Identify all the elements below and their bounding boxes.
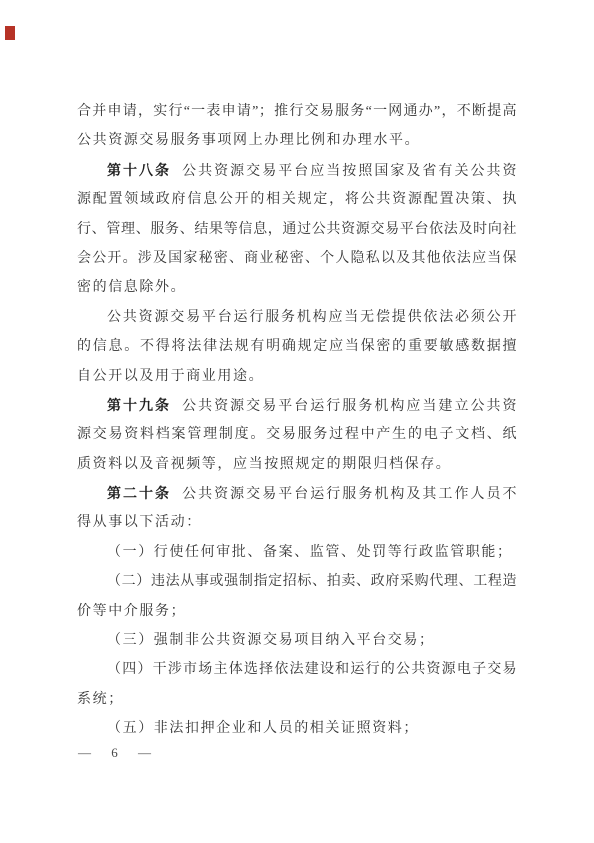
text-line-item-2: （二）违法从事或强制指定招标、拍卖、政府采购代理、工程造 (77, 567, 517, 596)
page-number: — 6 — (78, 745, 155, 761)
text-line: 行、管理、服务、结果等信息，通过公共资源交易平台依法及时向社 (77, 215, 517, 244)
document-text-block: 合并申请，实行“一表申请”；推行交易服务“一网通办”，不断提高 公共资源交易服务… (77, 97, 517, 744)
article-text: 公共资源交易平台运行服务机构应当建立公共资 (182, 399, 517, 414)
text-line-item-5: （五）非法扣押企业和人员的相关证照资料； (77, 714, 517, 743)
text-line-article-20: 第二十条公共资源交易平台运行服务机构及其工作人员不 (77, 479, 517, 508)
text-line: 自公开以及用于商业用途。 (77, 362, 517, 391)
text-line-item-1: （一）行使任何审批、备案、监管、处罚等行政监管职能； (77, 538, 517, 567)
article-number: 第二十条 (107, 485, 171, 501)
text-line-article-19: 第十九条公共资源交易平台运行服务机构应当建立公共资 (77, 391, 517, 420)
text-line: 源配置领域政府信息公开的相关规定，将公共资源配置决策、执 (77, 185, 517, 214)
red-corner-mark (5, 26, 15, 40)
document-page: 合并申请，实行“一表申请”；推行交易服务“一网通办”，不断提高 公共资源交易服务… (0, 0, 594, 843)
text-line: 系统； (77, 685, 517, 714)
text-line: 公共资源交易平台运行服务机构应当无偿提供依法必须公开 (77, 303, 517, 332)
article-number: 第十九条 (107, 397, 171, 413)
article-text: 公共资源交易平台运行服务机构及其工作人员不 (182, 487, 517, 502)
text-line: 密的信息除外。 (77, 273, 517, 302)
text-line: 合并申请，实行“一表申请”；推行交易服务“一网通办”，不断提高 (77, 97, 517, 126)
text-line: 会公开。涉及国家秘密、商业秘密、个人隐私以及其他依法应当保 (77, 244, 517, 273)
text-line: 价等中介服务； (77, 597, 517, 626)
text-line: 公共资源交易服务事项网上办理比例和办理水平。 (77, 126, 517, 155)
text-line: 源交易资料档案管理制度。交易服务过程中产生的电子文档、纸 (77, 420, 517, 449)
text-line-item-3: （三）强制非公共资源交易项目纳入平台交易； (77, 626, 517, 655)
text-line-article-18: 第十八条公共资源交易平台应当按照国家及省有关公共资 (77, 156, 517, 185)
article-text: 公共资源交易平台应当按照国家及省有关公共资 (182, 164, 517, 179)
text-line: 质资料以及音视频等，应当按照规定的期限归档保存。 (77, 450, 517, 479)
text-line: 的信息。不得将法律法规有明确规定应当保密的重要敏感数据擅 (77, 332, 517, 361)
article-number: 第十八条 (107, 162, 171, 178)
text-line-item-4: （四）干涉市场主体选择依法建设和运行的公共资源电子交易 (77, 655, 517, 684)
text-line: 得从事以下活动： (77, 508, 517, 537)
